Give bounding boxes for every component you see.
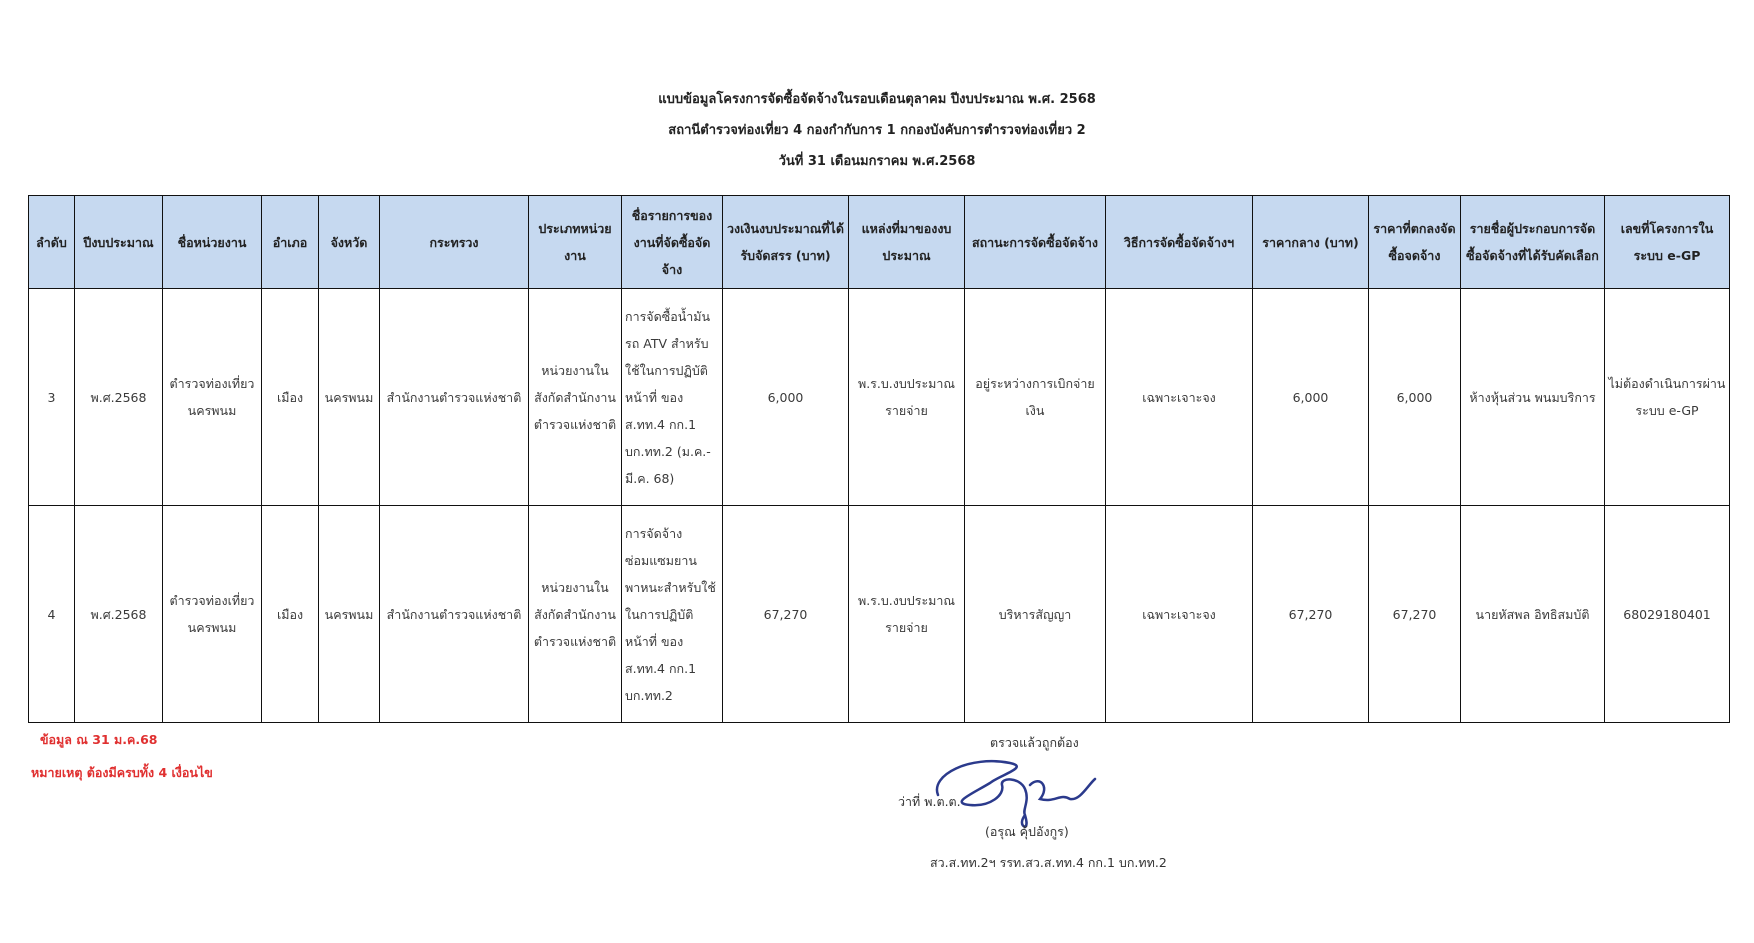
document-title: แบบข้อมูลโครงการจัดซื้อจัดจ้างในรอบเดือน…	[0, 84, 1754, 115]
column-header: ราคาที่ตกลงจัดซื้อจดจ้าง	[1369, 196, 1461, 289]
remark-note: หมายเหตุ ต้องมีครบทั้ง 4 เงื่อนไข	[31, 763, 213, 783]
document-title-block: แบบข้อมูลโครงการจัดซื้อจัดจ้างในรอบเดือน…	[0, 84, 1754, 177]
column-header: วงเงินงบประมาณที่ได้รับจัดสรร (บาท)	[723, 196, 849, 289]
column-header: ราคากลาง (บาท)	[1253, 196, 1369, 289]
cell-agreed-price: 6,000	[1369, 289, 1461, 506]
cell-agency: ตำรวจท่องเที่ยวนครพนม	[163, 289, 262, 506]
cell-vendor: ห้างหุ้นส่วน พนมบริการ	[1461, 289, 1605, 506]
cell-vendor: นายหัสพล อิทธิสมบัติ	[1461, 506, 1605, 723]
cell-ministry: สำนักงานตำรวจแห่งชาติ	[380, 506, 529, 723]
document-subtitle: สถานีตำรวจท่องเที่ยว 4 กองกำกับการ 1 กกอ…	[0, 115, 1754, 146]
cell-province: นครพนม	[319, 289, 380, 506]
cell-district: เมือง	[262, 289, 319, 506]
verified-label: ตรวจแล้วถูกต้อง	[990, 733, 1079, 753]
cell-egp-no: ไม่ต้องดำเนินการผ่านระบบ e-GP	[1605, 289, 1730, 506]
cell-budget: 6,000	[723, 289, 849, 506]
table-row: 4พ.ศ.2568ตำรวจท่องเที่ยวนครพนมเมืองนครพน…	[29, 506, 1730, 723]
cell-budget-source: พ.ร.บ.งบประมาณรายจ่าย	[849, 289, 965, 506]
cell-no: 4	[29, 506, 75, 723]
data-as-of-note: ข้อมูล ณ 31 ม.ค.68	[40, 730, 158, 750]
column-header: จังหวัด	[319, 196, 380, 289]
cell-agreed-price: 67,270	[1369, 506, 1461, 723]
cell-agency-type: หน่วยงานในสังกัดสำนักงานตำรวจแห่งชาติ	[529, 506, 622, 723]
column-header: สถานะการจัดซื้อจัดจ้าง	[965, 196, 1106, 289]
cell-agency: ตำรวจท่องเที่ยวนครพนม	[163, 506, 262, 723]
cell-province: นครพนม	[319, 506, 380, 723]
column-header: เลขที่โครงการในระบบ e-GP	[1605, 196, 1730, 289]
signer-name: (อรุณ คุ้ปอังกูร)	[985, 822, 1069, 842]
cell-ministry: สำนักงานตำรวจแห่งชาติ	[380, 289, 529, 506]
cell-egp-no: 68029180401	[1605, 506, 1730, 723]
cell-fiscal-year: พ.ศ.2568	[75, 289, 163, 506]
column-header: ประเภทหน่วยงาน	[529, 196, 622, 289]
cell-item: การจัดซื้อน้ำมันรถ ATV สำหรับใช้ในการปฏิ…	[622, 289, 723, 506]
cell-agency-type: หน่วยงานในสังกัดสำนักงานตำรวจแห่งชาติ	[529, 289, 622, 506]
cell-district: เมือง	[262, 506, 319, 723]
column-header: ชื่อหน่วยงาน	[163, 196, 262, 289]
cell-fiscal-year: พ.ศ.2568	[75, 506, 163, 723]
cell-status: อยู่ระหว่างการเบิกจ่ายเงิน	[965, 289, 1106, 506]
column-header: อำเภอ	[262, 196, 319, 289]
cell-status: บริหารสัญญา	[965, 506, 1106, 723]
cell-no: 3	[29, 289, 75, 506]
column-header: ลำดับ	[29, 196, 75, 289]
cell-method: เฉพาะเจาะจง	[1106, 506, 1253, 723]
table-header-row: ลำดับปีงบประมาณชื่อหน่วยงานอำเภอจังหวัดก…	[29, 196, 1730, 289]
column-header: ชื่อรายการของงานที่จัดซื้อจัดจ้าง	[622, 196, 723, 289]
cell-budget: 67,270	[723, 506, 849, 723]
cell-item: การจัดจ้างซ่อมแซมยานพาหนะสำหรับใช้ในการป…	[622, 506, 723, 723]
cell-reference-price: 6,000	[1253, 289, 1369, 506]
signer-position: สว.ส.ทท.2ฯ รรท.สว.ส.ทท.4 กก.1 บก.ทท.2	[930, 853, 1167, 873]
column-header: ปีงบประมาณ	[75, 196, 163, 289]
column-header: กระทรวง	[380, 196, 529, 289]
cell-reference-price: 67,270	[1253, 506, 1369, 723]
document-date: วันที่ 31 เดือนมกราคม พ.ศ.2568	[0, 146, 1754, 177]
column-header: รายชื่อผู้ประกอบการจัดซื้อจัดจ้างที่ได้ร…	[1461, 196, 1605, 289]
cell-method: เฉพาะเจาะจง	[1106, 289, 1253, 506]
column-header: แหล่งที่มาของงบประมาณ	[849, 196, 965, 289]
table-row: 3พ.ศ.2568ตำรวจท่องเที่ยวนครพนมเมืองนครพน…	[29, 289, 1730, 506]
cell-budget-source: พ.ร.บ.งบประมาณรายจ่าย	[849, 506, 965, 723]
column-header: วิธีการจัดซื้อจัดจ้างฯ	[1106, 196, 1253, 289]
procurement-table: ลำดับปีงบประมาณชื่อหน่วยงานอำเภอจังหวัดก…	[28, 195, 1730, 723]
